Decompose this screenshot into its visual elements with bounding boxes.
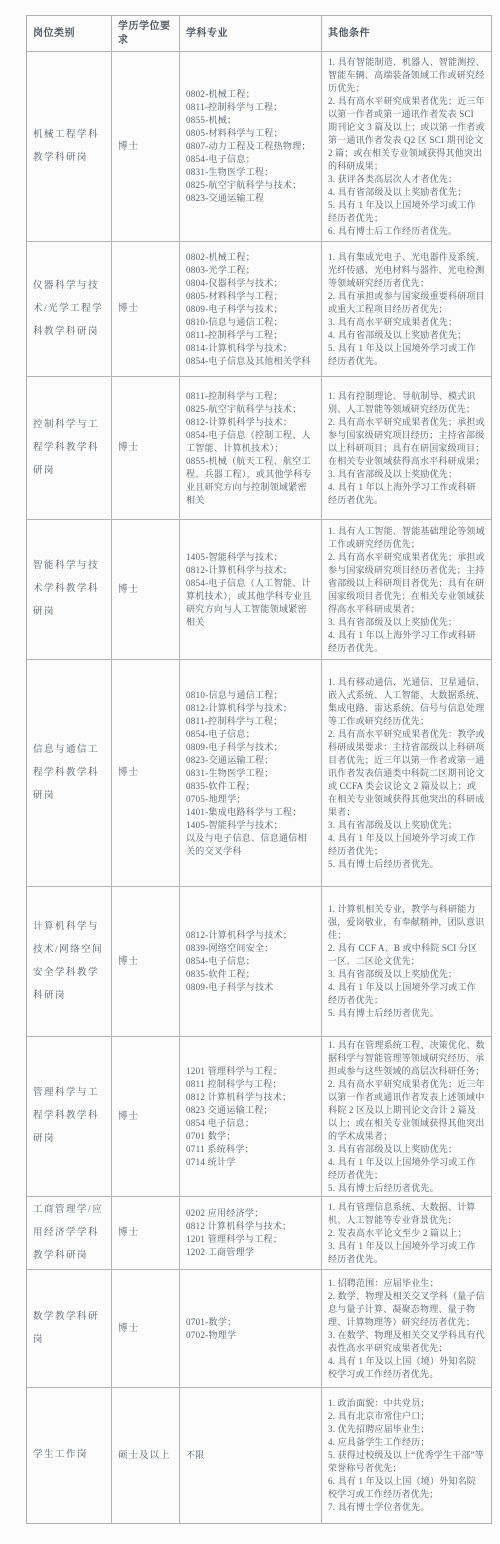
majors-cell: 1201 管理科学与工程；0811 控制科学与工程；0812 计算机科学与技术；… <box>179 1037 321 1196</box>
conditions-cell: 1. 具有管理信息系统、大数据、计算机、人工智能等专业背景优先；2. 发表高水平… <box>321 1197 491 1269</box>
condition-item: 6. 具有 1 年及以上国（境）外知名院校学习或工作经历者优先； <box>328 1475 485 1501</box>
majors-cell: 0812-计算机科学与技术；0839-网络空间安全；0854-电子信息；0835… <box>179 887 321 1036</box>
table-row: 工商管理学/应用经济学学科教学科研岗博士0202 应用经济学；0812 计算机科… <box>27 1196 491 1269</box>
major-item: 0802-机械工程； <box>186 88 315 101</box>
major-item: 0812 计算机科学与技术； <box>186 1091 315 1104</box>
degree-label: 博士 <box>118 764 173 782</box>
major-item: 不限 <box>186 1449 315 1462</box>
conditions-cell: 1. 具有智能制造、机器人、智能测控、智能车辆、高端装备领域工作或研究经历优先；… <box>321 52 491 241</box>
condition-item: 1. 具有在管理系统工程、决策优化、数据科学与智能管理等领域研究经历、承担或参与… <box>328 1039 485 1078</box>
major-item: 0854-电子信息； <box>186 955 315 968</box>
condition-item: 2. 具有高水平研究成果者优先；承担或参与国家级研究项目经历；主持省部级以上科研… <box>328 416 485 468</box>
condition-item: 2. 数学、物理及相关交叉学科（量子信息与量子计算、凝聚态物理、量子物理、计算物… <box>328 1290 485 1329</box>
major-item: 1201 管理科学与工程； <box>186 1233 315 1246</box>
degree-cell: 博士 <box>111 377 179 519</box>
major-item: 0811-控制科学与工程； <box>186 101 315 114</box>
major-item: 0835-软件工程； <box>186 968 315 981</box>
majors-cell: 0811-控制科学与工程；0825-航空宇航科学与技术；0812-计算机科学与技… <box>179 377 321 519</box>
condition-item: 3. 具有省部级及以上奖励优先； <box>328 468 485 481</box>
major-item: 0711 系统科学； <box>186 1143 315 1156</box>
header-discipline-major: 学科专业 <box>179 16 321 51</box>
condition-item: 2. 具有高水平研究成果者优先；近三年以第一作者或第一通讯作者发表 SCI 期刊… <box>328 95 485 173</box>
major-item: 0854 电子信息； <box>186 1117 315 1130</box>
major-item: 0809-电子科学与技术； <box>186 741 315 754</box>
condition-item: 4. 具有 1 年以上海外学习工作或科研经历者优先。 <box>328 481 485 507</box>
condition-item: 4. 应具备学生工作经历； <box>328 1436 485 1449</box>
condition-item: 4. 具有省部级及以上奖励者优先； <box>328 329 485 342</box>
condition-item: 5. 具有 1 年及以上国境外学习或工作经历者优先； <box>328 199 485 225</box>
majors-cell: 0810-信息与通信工程；0812-计算机科学与技术；0811-控制科学与工程；… <box>179 660 321 886</box>
header-degree-requirement: 学历学位要求 <box>111 16 179 51</box>
position-cell: 智能科学与技术学科教学科研岗 <box>27 520 111 659</box>
position-label: 控制科学与工程学科教学科研岗 <box>33 414 105 483</box>
condition-item: 7. 具有博士学位者优先。 <box>328 1501 485 1514</box>
major-item: 0701-数学； <box>186 1316 315 1329</box>
position-label: 学生工作岗 <box>33 1444 105 1467</box>
condition-item: 4. 具有 1 年以上海外学习工作或科研经历者优先。 <box>328 629 485 655</box>
major-item: 0812-计算机科学与技术； <box>186 702 315 715</box>
position-label: 数学教学科研岗 <box>33 1306 105 1352</box>
position-label: 计算机科学与技术/网络空间安全学科教学科研岗 <box>33 916 105 1008</box>
major-item: 0803-光学工程； <box>186 264 315 277</box>
condition-item: 1. 具有移动通信、光通信、卫星通信、嵌入式系统、人工智能、大数据系统、集成电路… <box>328 676 485 728</box>
position-cell: 计算机科学与技术/网络空间安全学科教学科研岗 <box>27 887 111 1036</box>
major-item: 0810-信息与通信工程； <box>186 316 315 329</box>
major-item: 0855-机械（航天工程、航空工程、兵器工程），或其他学科专业且研究方向与控制领… <box>186 455 315 507</box>
major-item: 0814-计算机科学与技术； <box>186 342 315 355</box>
condition-item: 3. 具有省部级及以上奖励优先； <box>328 616 485 629</box>
table-row: 学生工作岗硕士及以上不限1. 政治面貌：中共党员；2. 具有北京市常住户口；3.… <box>27 1387 491 1523</box>
header-other-conditions: 其他条件 <box>321 16 491 51</box>
major-item: 0854-电子信息； <box>186 153 315 166</box>
major-item: 0805-材料科学与工程； <box>186 127 315 140</box>
major-item: 0855-机械； <box>186 114 315 127</box>
major-item: 0825-航空宇航科学与技术； <box>186 403 315 416</box>
major-item: 0804-仪器科学与技术； <box>186 277 315 290</box>
major-item: 0812-计算机科学与技术； <box>186 416 315 429</box>
major-item: 1405-智能科学与技术； <box>186 819 315 832</box>
degree-label: 博士 <box>118 1224 173 1242</box>
major-item: 0835-软件工程； <box>186 780 315 793</box>
major-item: 0805-材料科学与工程； <box>186 290 315 303</box>
major-item: 0811-控制科学与工程； <box>186 715 315 728</box>
conditions-cell: 1. 计算机相关专业，教学与科研能力强，爱岗敬业，有奉献精神，团队意识佳；2. … <box>321 887 491 1036</box>
table-row: 智能科学与技术学科教学科研岗博士1405-智能科学与技术；0812-计算机科学与… <box>27 519 491 659</box>
majors-cell: 1405-智能科学与技术；0812-计算机科学与技术；0854-电子信息（人工智… <box>179 520 321 659</box>
degree-cell: 博士 <box>111 1197 179 1269</box>
condition-item: 3. 获评各类高层次人才者优先； <box>328 173 485 186</box>
condition-item: 4. 具有省部级及以上奖励者优先； <box>328 186 485 199</box>
degree-label: 硕士及以上 <box>118 1447 173 1465</box>
condition-item: 1. 具有智能制造、机器人、智能测控、智能车辆、高端装备领域工作或研究经历优先； <box>328 56 485 95</box>
major-item: 1401-集成电路科学与工程； <box>186 806 315 819</box>
table-header-row: 岗位类别 学历学位要求 学科专业 其他条件 <box>27 16 491 51</box>
conditions-cell: 1. 具有集成光电子、光电器件及系统、光纤传感、光电材料与器件、光电检测等领域研… <box>321 242 491 376</box>
position-cell: 信息与通信工程学科教学科研岗 <box>27 660 111 886</box>
degree-cell: 博士 <box>111 242 179 376</box>
conditions-cell: 1. 具有人工智能、智能基础理论等领域工作或研究经历优先；2. 具有高水平研究成… <box>321 520 491 659</box>
degree-label: 博士 <box>118 581 173 599</box>
position-label: 信息与通信工程学科教学科研岗 <box>33 739 105 808</box>
condition-item: 3. 优先招聘应届毕业生； <box>328 1423 485 1436</box>
majors-cell: 不限 <box>179 1388 321 1523</box>
position-cell: 机械工程学科教学科研岗 <box>27 52 111 241</box>
degree-cell: 博士 <box>111 520 179 659</box>
condition-item: 1. 政治面貌：中共党员； <box>328 1397 485 1410</box>
conditions-cell: 1. 具有移动通信、光通信、卫星通信、嵌入式系统、人工智能、大数据系统、集成电路… <box>321 660 491 886</box>
degree-label: 博士 <box>118 1320 173 1338</box>
conditions-cell: 1. 具有控制理论、导航制导、模式识别、人工智能等领域研究经历优先；2. 具有高… <box>321 377 491 519</box>
major-item: 0807-动力工程及工程热物理； <box>186 140 315 153</box>
recruitment-positions-table: 岗位类别 学历学位要求 学科专业 其他条件 机械工程学科教学科研岗博士0802-… <box>26 15 492 1524</box>
major-item: 0812-计算机科学与技术； <box>186 929 315 942</box>
major-item: 0714 统计学 <box>186 1156 315 1169</box>
condition-item: 3. 在数学、物理及相关交叉学科具有代表性高水平研究成果者优先； <box>328 1329 485 1355</box>
major-item: 0809-电子科学与技术 <box>186 981 315 994</box>
majors-cell: 0202 应用经济学；0812 计算机科学与技术；1201 管理科学与工程；12… <box>179 1197 321 1269</box>
condition-item: 3. 具有省部级及以上奖励优先； <box>328 968 485 981</box>
position-label: 管理科学与工程学科教学科研岗 <box>33 1082 105 1151</box>
degree-label: 博士 <box>118 1108 173 1126</box>
conditions-cell: 1. 具有在管理系统工程、决策优化、数据科学与智能管理等领域研究经历、承担或参与… <box>321 1037 491 1196</box>
header-position-category: 岗位类别 <box>27 16 111 51</box>
degree-label: 博士 <box>118 300 173 318</box>
major-item: 0839-网络空间安全； <box>186 942 315 955</box>
major-item: 0854-电子信息（人工智能、计算机技术），或其他学科专业且研究方向与人工智能领… <box>186 577 315 629</box>
condition-item: 2. 具有高水平研究成果者优先；承担或参与国家级研究项目经历者优先；主持省部级以… <box>328 551 485 616</box>
condition-item: 3. 具有省部级及以上奖励优先； <box>328 819 485 832</box>
major-item: 1202 工商管理学 <box>186 1246 315 1259</box>
condition-item: 1. 招聘范围：应届毕业生； <box>328 1277 485 1290</box>
degree-cell: 博士 <box>111 887 179 1036</box>
condition-item: 1. 具有人工智能、智能基础理论等领域工作或研究经历优先； <box>328 525 485 551</box>
major-item: 0810-信息与通信工程； <box>186 689 315 702</box>
major-item: 0705-地理学； <box>186 793 315 806</box>
table-row: 控制科学与工程学科教学科研岗博士0811-控制科学与工程；0825-航空宇航科学… <box>27 376 491 519</box>
conditions-cell: 1. 政治面貌：中共党员；2. 具有北京市常住户口；3. 优先招聘应届毕业生；4… <box>321 1388 491 1523</box>
condition-item: 6. 具有博士后工作经历者优先。 <box>328 225 485 238</box>
majors-cell: 0802-机械工程；0811-控制科学与工程；0855-机械；0805-材料科学… <box>179 52 321 241</box>
major-item: 0854-电子信息（控制工程、人工智能、计算机技术）； <box>186 429 315 455</box>
position-cell: 学生工作岗 <box>27 1388 111 1523</box>
major-item: 0702-物理学 <box>186 1329 315 1342</box>
major-item: 0202 应用经济学； <box>186 1207 315 1220</box>
condition-item: 2. 具有高水平研究成果者优先：教学或科研成果要求：主持省部级以上科研项目者优先… <box>328 728 485 819</box>
major-item: 0812 计算机科学与技术； <box>186 1220 315 1233</box>
major-item: 0825-航空宇航科学与技术； <box>186 179 315 192</box>
major-item: 0802-机械工程； <box>186 251 315 264</box>
degree-cell: 硕士及以上 <box>111 1388 179 1523</box>
condition-item: 5. 具有博士后经历者优先。 <box>328 858 485 871</box>
major-item: 0823-交通运输工程； <box>186 754 315 767</box>
major-item: 0823 交通运输工程； <box>186 1104 315 1117</box>
position-label: 仪器科学与技术/光学工程学科教学科研岗 <box>33 275 105 344</box>
major-item: 0823-交通运输工程 <box>186 192 315 205</box>
position-cell: 仪器科学与技术/光学工程学科教学科研岗 <box>27 242 111 376</box>
position-cell: 管理科学与工程学科教学科研岗 <box>27 1037 111 1196</box>
condition-item: 5. 具有 1 年及以上国境外学习或工作经历者优先。 <box>328 342 485 368</box>
condition-item: 4. 具有 1 年及以上国境外学习或工作经历者优先； <box>328 981 485 1007</box>
table-body: 机械工程学科教学科研岗博士0802-机械工程；0811-控制科学与工程；0855… <box>27 51 491 1523</box>
table-row: 计算机科学与技术/网络空间安全学科教学科研岗博士0812-计算机科学与技术；08… <box>27 886 491 1036</box>
degree-cell: 博士 <box>111 1037 179 1196</box>
position-label: 工商管理学/应用经济学学科教学科研岗 <box>33 1199 105 1268</box>
condition-item: 2. 具有 CCF A、B 或中科院 SCI 分区一区、二区论文优先； <box>328 942 485 968</box>
majors-cell: 0802-机械工程；0803-光学工程；0804-仪器科学与技术；0805-材料… <box>179 242 321 376</box>
degree-label: 博士 <box>118 138 173 156</box>
degree-cell: 博士 <box>111 52 179 241</box>
major-item: 0701 数学； <box>186 1130 315 1143</box>
position-label: 智能科学与技术学科教学科研岗 <box>33 555 105 624</box>
condition-item: 1. 具有控制理论、导航制导、模式识别、人工智能等领域研究经历优先； <box>328 390 485 416</box>
degree-cell: 博士 <box>111 660 179 886</box>
condition-item: 5. 具有博士后经历者优先。 <box>328 1007 485 1020</box>
table-row: 数学教学科研岗博士0701-数学；0702-物理学1. 招聘范围：应届毕业生；2… <box>27 1269 491 1387</box>
major-item: 0854-电子信息； <box>186 728 315 741</box>
condition-item: 1. 计算机相关专业，教学与科研能力强，爱岗敬业，有奉献精神，团队意识佳； <box>328 903 485 942</box>
conditions-cell: 1. 招聘范围：应届毕业生；2. 数学、物理及相关交叉学科（量子信息与量子计算、… <box>321 1270 491 1387</box>
major-item: 以及与电子信息、信息通信相关的交叉学科 <box>186 832 315 858</box>
table-row: 管理科学与工程学科教学科研岗博士1201 管理科学与工程；0811 控制科学与工… <box>27 1036 491 1196</box>
degree-label: 博士 <box>118 953 173 971</box>
degree-cell: 博士 <box>111 1270 179 1387</box>
condition-item: 4. 具有 1 年及以上国境外学习或工作经历者优先； <box>328 832 485 858</box>
condition-item: 1. 具有集成光电子、光电器件及系统、光纤传感、光电材料与器件、光电检测等领域研… <box>328 251 485 290</box>
major-item: 1201 管理科学与工程； <box>186 1065 315 1078</box>
condition-item: 2. 具有高水平研究成果者优先；近三年以第一作者或通讯作者发表上述领域中科院 2… <box>328 1078 485 1143</box>
condition-item: 4. 具有 1 年及以上国境外学习或工作经历者优先； <box>328 1156 485 1182</box>
condition-item: 1. 具有管理信息系统、大数据、计算机、人工智能等专业背景优先； <box>328 1201 485 1227</box>
condition-item: 3. 具有省部级及以上奖励优先； <box>328 1143 485 1156</box>
condition-item: 4. 具有 1 年及以上国（境）外知名院校学习或工作经历者优先。 <box>328 1355 485 1381</box>
condition-item: 3. 具有 1 年及以上国境外学习或工作经历者优先。 <box>328 1240 485 1266</box>
condition-item: 3. 具有高水平研究成果者优先； <box>328 316 485 329</box>
condition-item: 5. 具有博士后经历者优先。 <box>328 1182 485 1195</box>
major-item: 0809-电子科学与技术； <box>186 303 315 316</box>
major-item: 0831-生物医学工程； <box>186 166 315 179</box>
major-item: 0811-控制科学与工程； <box>186 390 315 403</box>
position-cell: 控制科学与工程学科教学科研岗 <box>27 377 111 519</box>
condition-item: 2. 具有北京市常住户口； <box>328 1410 485 1423</box>
majors-cell: 0701-数学；0702-物理学 <box>179 1270 321 1387</box>
position-cell: 数学教学科研岗 <box>27 1270 111 1387</box>
table-row: 信息与通信工程学科教学科研岗博士0810-信息与通信工程；0812-计算机科学与… <box>27 659 491 886</box>
major-item: 0811 控制科学与工程； <box>186 1078 315 1091</box>
major-item: 0831-生物医学工程； <box>186 767 315 780</box>
degree-label: 博士 <box>118 439 173 457</box>
major-item: 0854-电子信息及其他相关学科 <box>186 355 315 368</box>
position-label: 机械工程学科教学科研岗 <box>33 124 105 170</box>
condition-item: 5. 获得过校级及以上“优秀学生干部”等荣誉称号者优先； <box>328 1449 485 1475</box>
major-item: 1405-智能科学与技术； <box>186 551 315 564</box>
major-item: 0811-控制科学与工程； <box>186 329 315 342</box>
major-item: 0812-计算机科学与技术； <box>186 564 315 577</box>
position-cell: 工商管理学/应用经济学学科教学科研岗 <box>27 1197 111 1269</box>
table-row: 机械工程学科教学科研岗博士0802-机械工程；0811-控制科学与工程；0855… <box>27 51 491 241</box>
table-row: 仪器科学与技术/光学工程学科教学科研岗博士0802-机械工程；0803-光学工程… <box>27 241 491 376</box>
condition-item: 2. 具有承担或参与国家级重要科研项目或重大工程项目经历者优先； <box>328 290 485 316</box>
condition-item: 2. 发表高水平论文至少 2 篇以上； <box>328 1227 485 1240</box>
